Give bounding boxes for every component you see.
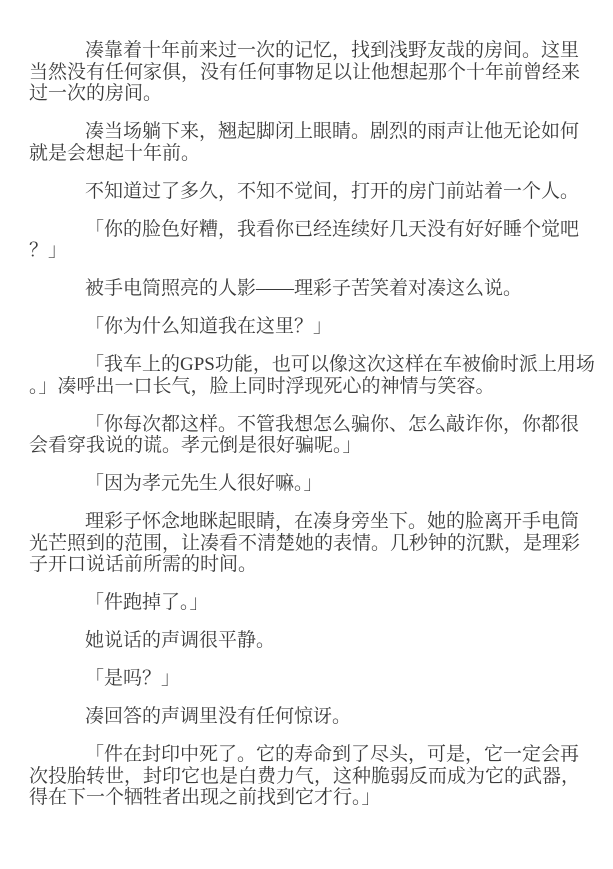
text-column: 凑靠着十年前来过一次的记忆，找到浅野友哉的房间。这里当然没有任何家俱，没有任何事… xyxy=(29,40,597,809)
paragraph: 「我车上的GPS功能，也可以像这次这样在车被偷时派上用场。」凑呼出一口长气，脸上… xyxy=(29,354,597,397)
novel-page: 凑靠着十年前来过一次的记忆，找到浅野友哉的房间。这里当然没有任何家俱，没有任何事… xyxy=(0,0,613,869)
paragraph: 凑靠着十年前来过一次的记忆，找到浅野友哉的房间。这里当然没有任何家俱，没有任何事… xyxy=(29,40,597,105)
paragraph: 「件在封印中死了。它的寿命到了尽头，可是，它一定会再次投胎转世，封印它也是白费力… xyxy=(29,744,597,809)
paragraph: 「件跑掉了。」 xyxy=(29,592,597,614)
paragraph: 「你每次都这样。不管我想怎么骗你、怎么敲诈你，你都很会看穿我说的谎。孝元倒是很好… xyxy=(29,414,597,457)
paragraph: 她说话的声调很平静。 xyxy=(29,630,597,652)
paragraph: 「你为什么知道我在这里？」 xyxy=(29,316,597,338)
paragraph: 被手电筒照亮的人影——理彩子苦笑着对凑这么说。 xyxy=(29,278,597,300)
paragraph: 凑回答的声调里没有任何惊讶。 xyxy=(29,706,597,728)
paragraph: 「是吗？」 xyxy=(29,668,597,690)
paragraph: 「你的脸色好糟，我看你已经连续好几天没有好好睡个觉吧？」 xyxy=(29,219,597,262)
paragraph: 凑当场躺下来，翘起脚闭上眼睛。剧烈的雨声让他无论如何就是会想起十年前。 xyxy=(29,121,597,164)
paragraph: 不知道过了多久，不知不觉间，打开的房门前站着一个人。 xyxy=(29,181,597,203)
paragraph: 「因为孝元先生人很好嘛。」 xyxy=(29,473,597,495)
paragraph: 理彩子怀念地眯起眼睛，在凑身旁坐下。她的脸离开手电筒光芒照到的范围，让凑看不清楚… xyxy=(29,511,597,576)
